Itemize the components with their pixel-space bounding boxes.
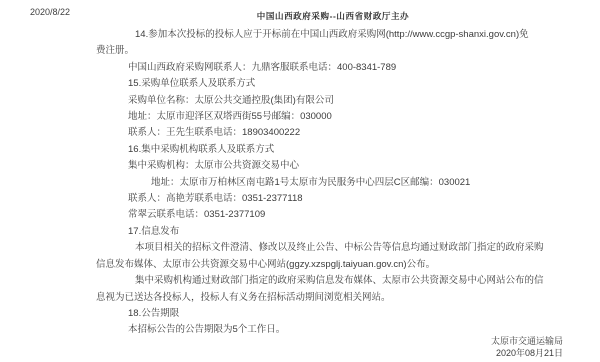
- document-line: 本项目相关的招标文件澄清、修改以及终止公告、中标公告等信息均通过财政部门指定的政…: [96, 240, 590, 256]
- document-line: 集中采购机构：太原市公共资源交易中心: [96, 158, 590, 174]
- document-page: 2020/8/22 中国山西政府采购--山西省财政厅主办 14.参加本次投标的投…: [0, 0, 600, 362]
- document-line: 息视为已送达各投标人，投标人有义务在招标活动期间浏览相关网站。: [96, 290, 590, 306]
- document-line: 联系人：王先生联系电话：18903400222: [96, 125, 590, 141]
- document-line: 14.参加本次投标的投标人应于开标前在中国山西政府采购网(http://www.…: [96, 27, 590, 43]
- document-body: 14.参加本次投标的投标人应于开标前在中国山西政府采购网(http://www.…: [96, 27, 590, 339]
- print-header: 中国山西政府采购--山西省财政厅主办: [66, 6, 600, 24]
- document-line: 15.采购单位联系人及联系方式: [96, 76, 590, 92]
- document-line: 常翠云联系电话：0351-2377109: [96, 207, 590, 223]
- print-header-title: 中国山西政府采购--山西省财政厅主办: [257, 11, 409, 21]
- document-line: 16.集中采购机构联系人及联系方式: [96, 142, 590, 158]
- document-line: 集中采购机构通过财政部门指定的政府采购信息发布媒体、太原市公共资源交易中心网站公…: [96, 273, 590, 289]
- footer-date: 2020年08月21日: [491, 348, 563, 360]
- document-line: 中国山西政府采购网联系人：九鼎客服联系电话：400-8341-789: [96, 60, 590, 76]
- document-line: 联系人：高艳芳联系电话：0351-2377118: [96, 191, 590, 207]
- document-line: 18.公告期限: [96, 306, 590, 322]
- document-line: 费注册。: [96, 43, 590, 59]
- document-line: 采购单位名称：太原公共交通控股(集团)有限公司: [96, 93, 590, 109]
- footer-agency: 太原市交通运输局: [491, 336, 563, 348]
- document-line: 地址：太原市迎泽区双塔西街55号邮编：030000: [96, 109, 590, 125]
- document-line: 17.信息发布: [96, 224, 590, 240]
- document-signature: 太原市交通运输局 2020年08月21日: [491, 336, 563, 359]
- print-header-date: 2020/8/22: [30, 7, 70, 17]
- document-line: 信息发布媒体、太原市公共资源交易中心网站(ggzy.xzspglj.taiyua…: [96, 257, 590, 273]
- document-line: 地址：太原市万柏林区南屯路1号太原市为民服务中心四层C区邮编：030021: [96, 175, 590, 191]
